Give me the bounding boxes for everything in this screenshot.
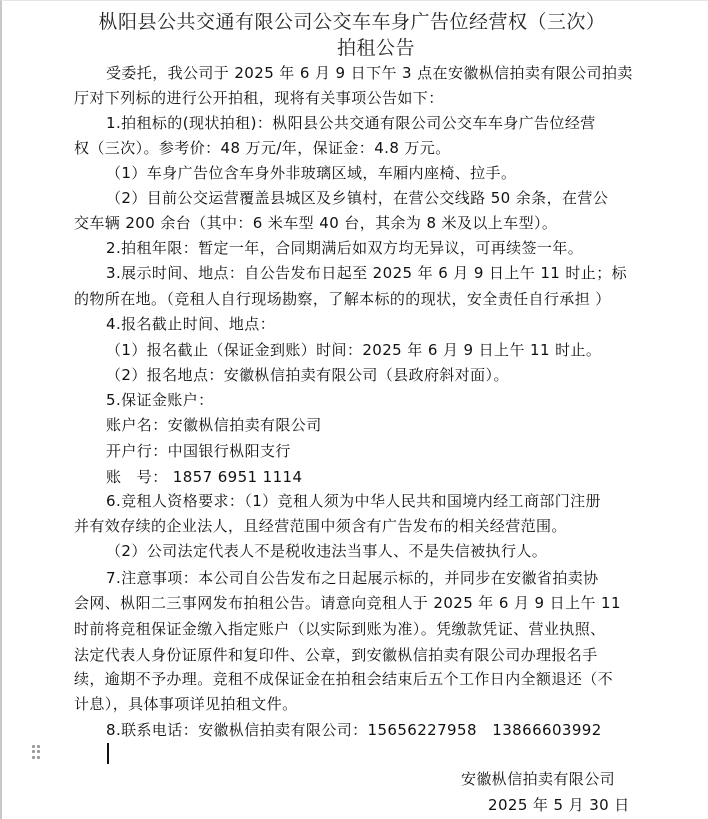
item-1-sub-2-line-1: （2）目前公交运营覆盖县城区及乡镇村，在营公交线路 50 余条，在营公 <box>106 187 608 208</box>
item-7-line-5: 续，逾期不予办理。竞租不成保证金在拍租会结束后五个工作日内全额退还（不 <box>74 668 613 689</box>
document-page[interactable]: 枞阳县公共交通有限公司公交车车身广告位经营权（三次） 拍租公告 受委托，我公司于… <box>0 0 708 819</box>
item-7-line-1: 7.注意事项：本公司自公告发布之日起展示标的，并同步在安徽省拍卖协 <box>106 567 599 588</box>
paragraph-intro-line-1: 受委托，我公司于 2025 年 6 月 9 日下午 3 点在安徽枞信拍卖有限公司… <box>106 62 633 83</box>
item-4-sub-2: （2）报名地点：安徽枞信拍卖有限公司（县政府斜对面）。 <box>106 364 509 385</box>
item-6-line-1: 6.竞租人资格要求：（1）竞租人须为中华人民共和国境内经工商部门注册 <box>106 490 601 511</box>
item-7-line-3: 时前将竞租保证金缴入指定账户（以实际到账为准）。凭缴款凭证、营业执照、 <box>74 618 606 639</box>
account-bank: 开户行：中国银行枞阳支行 <box>106 440 291 461</box>
item-7-line-2: 会网、枞阳二三事网发布拍租公告。请意向竞租人于 2025 年 6 月 9 日上午… <box>74 592 621 613</box>
item-4-sub-1: （1）报名截止（保证金到账）时间：2025 年 6 月 9 日上午 11 时止。 <box>106 339 601 360</box>
title-line-2: 拍租公告 <box>22 33 708 60</box>
drag-handle-icon[interactable] <box>32 745 40 759</box>
paragraph-intro-line-2: 厅对下列标的进行公开拍租，现将有关事项公告如下： <box>74 87 444 108</box>
item-3-line-1: 3.展示时间、地点：自公告发布日起至 2025 年 6 月 9 日上午 11 时… <box>106 262 627 283</box>
item-7-line-4: 法定代表人身份证原件和复印件、公章，到安徽枞信拍卖有限公司办理报名手 <box>74 644 598 665</box>
item-7-line-6: 计息），具体事项详见拍租文件。 <box>74 693 298 714</box>
account-name: 账户名：安徽枞信拍卖有限公司 <box>106 414 322 435</box>
item-1-sub-1: （1）车身广告位含车身外非玻璃区域，车厢内座椅、拉手。 <box>106 162 516 183</box>
item-1-line-2: 权（三次）。参考价：48 万元/年，保证金：4.8 万元。 <box>74 137 451 158</box>
title-line-1: 枞阳县公共交通有限公司公交车车身广告位经营权（三次） <box>0 7 706 34</box>
item-8-contact: 8.联系电话：安徽枞信拍卖有限公司：15656227958 1386660399… <box>106 719 602 740</box>
item-1-sub-2-line-2: 交车辆 200 余台（其中：6 米车型 40 台，其余为 8 米及以上车型）。 <box>74 212 557 233</box>
signature-date: 2025 年 5 月 30 日 <box>488 794 630 815</box>
item-2: 2.拍租年限：暂定一年，合同期满后如双方均无异议，可再续签一年。 <box>106 237 583 258</box>
item-6-line-2: 并有效存续的企业法人，且经营范围中须含有广告发布的相关经营范围。 <box>74 515 567 536</box>
item-4: 4.报名截止时间、地点： <box>106 313 275 334</box>
text-cursor <box>107 743 109 764</box>
signature-company: 安徽枞信拍卖有限公司 <box>461 768 615 789</box>
item-1-line-1: 1.拍租标的(现状拍租)：枞阳县公共交通有限公司公交车车身广告位经营 <box>106 112 596 133</box>
item-5: 5.保证金账户： <box>106 389 214 410</box>
item-3-line-2: 的物所在地。（竞租人自行现场勘察，了解本标的的现状，安全责任自行承担 ） <box>74 288 611 309</box>
item-6-sub-2: （2）公司法定代表人不是税收违法当事人、不是失信被执行人。 <box>106 540 547 561</box>
account-number: 账 号： 1857 6951 1114 <box>106 466 302 487</box>
